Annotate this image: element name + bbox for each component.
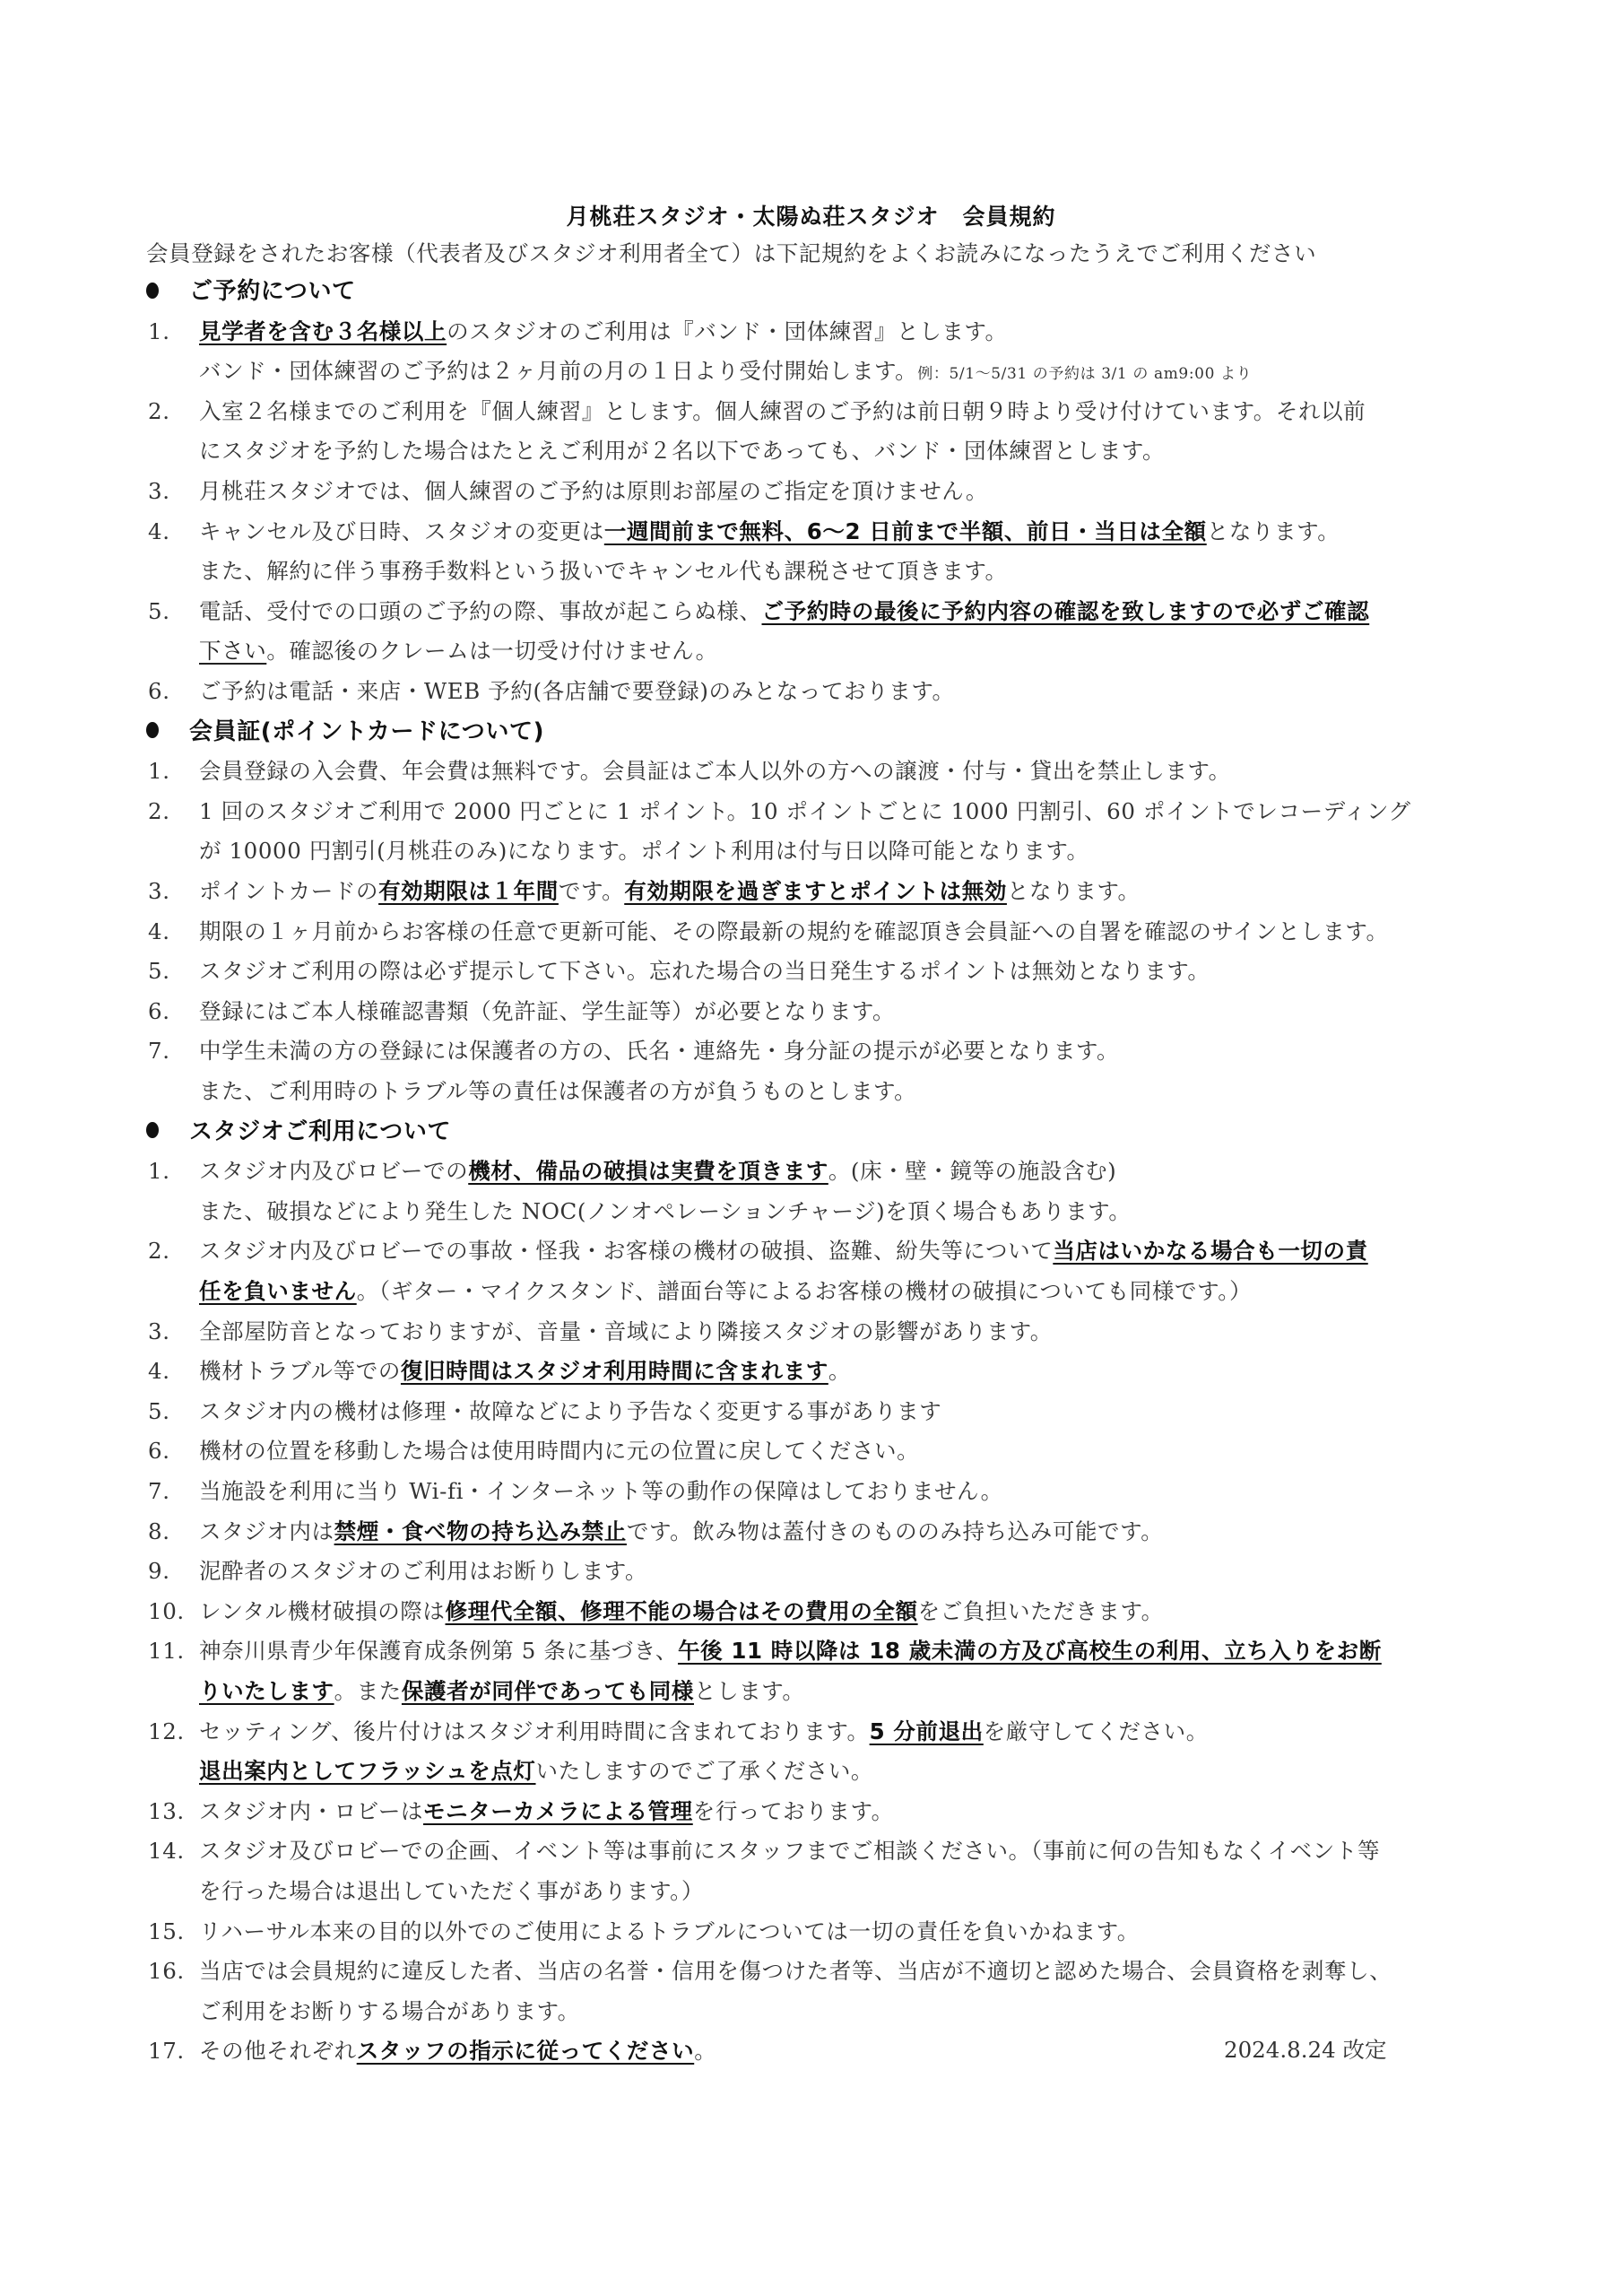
- list-item: 5.電話、受付での口頭のご予約の際、事故が起こらぬ様、ご予約時の最後に予約内容の…: [0, 594, 1622, 630]
- bullet-icon: [146, 1122, 159, 1138]
- text-segment: 。（ギター・マイクスタンド、譜面台等によるお客様の機材の破損についても同様です。…: [357, 1278, 1252, 1304]
- item-text: レンタル機材破損の際は修理代全額、修理不能の場合はその費用の全額をご負担いただき…: [199, 1594, 1164, 1630]
- item-number: 3.: [148, 874, 202, 909]
- emphasized-text: 見学者を含む３名様以上: [199, 318, 447, 344]
- list-item: 1.スタジオ内及びロビーでの機材、備品の破損は実費を頂きます。(床・壁・鏡等の施…: [0, 1153, 1622, 1189]
- item-text: にスタジオを予約した場合はたとえご利用が２名以下であっても、バンド・団体練習とし…: [199, 433, 1165, 469]
- text-segment: 神奈川県青少年保護育成条例第 5 条に基づき、: [199, 1638, 678, 1664]
- item-number: 2.: [148, 394, 202, 430]
- list-item: 14.スタジオ及びロビーでの企画、イベント等は事前にスタッフまでご相談ください。…: [0, 1833, 1622, 1869]
- item-text: 中学生未満の方の登録には保護者の方の、氏名・連絡先・身分証の提示が必要となります…: [199, 1033, 1119, 1069]
- document-title: 月桃荘スタジオ・太陽ぬ荘スタジオ 会員規約: [0, 199, 1622, 231]
- item-number: 14.: [148, 1833, 202, 1869]
- text-segment: セッティング、後片付けはスタジオ利用時間に含まれております。: [199, 1718, 870, 1744]
- list-item: 7.中学生未満の方の登録には保護者の方の、氏名・連絡先・身分証の提示が必要となり…: [0, 1033, 1622, 1069]
- item-number: 7.: [148, 1033, 202, 1069]
- text-segment: を行っております。: [693, 1798, 894, 1824]
- item-number: 7.: [148, 1474, 202, 1509]
- text-segment: にスタジオを予約した場合はたとえご利用が２名以下であっても、バンド・団体練習とし…: [199, 438, 1165, 464]
- text-segment: のスタジオのご利用は『バンド・団体練習』とします。: [447, 318, 1008, 344]
- emphasized-text: 一週間前まで無料、6～2 日前まで半額、前日・当日は全額: [604, 518, 1207, 544]
- text-segment: スタジオ内及びロビーでの: [199, 1158, 468, 1184]
- item-text: スタジオ内及びロビーでの機材、備品の破損は実費を頂きます。(床・壁・鏡等の施設含…: [199, 1153, 1116, 1189]
- item-text: 見学者を含む３名様以上のスタジオのご利用は『バンド・団体練習』とします。: [199, 314, 1008, 350]
- text-segment: 当施設を利用に当り Wi-fi・インターネット等の動作の保障はしておりません。: [199, 1478, 1003, 1504]
- text-segment: キャンセル及び日時、スタジオの変更は: [199, 518, 604, 544]
- text-segment: を厳守してください。: [984, 1718, 1209, 1744]
- text-segment: 月桃荘スタジオでは、個人練習のご予約は原則お部屋のご指定を頂けません。: [199, 478, 988, 504]
- item-number: 4.: [148, 1353, 202, 1389]
- text-segment: が 10000 円割引(月桃荘のみ)になります。ポイント利用は付与日以降可能とな…: [199, 838, 1089, 864]
- text-segment: 1 回のスタジオご利用で 2000 円ごとに 1 ポイント。10 ポイントごとに…: [199, 798, 1411, 824]
- list-item-continuation: 下さい。確認後のクレームは一切受け付けません。: [0, 633, 1622, 669]
- text-segment: 全部屋防音となっておりますが、音量・音域により隣接スタジオの影響があります。: [199, 1318, 1053, 1344]
- item-text: 全部屋防音となっておりますが、音量・音域により隣接スタジオの影響があります。: [199, 1314, 1053, 1350]
- emphasized-text: 有効期限は１年間: [378, 878, 559, 904]
- item-text: 機材トラブル等での復旧時間はスタジオ利用時間に含まれます。: [199, 1353, 851, 1389]
- text-segment: となります。: [1207, 518, 1340, 544]
- item-text: 泥酔者のスタジオのご利用はお断りします。: [199, 1553, 647, 1589]
- list-item: 10.レンタル機材破損の際は修理代全額、修理不能の場合はその費用の全額をご負担い…: [0, 1594, 1622, 1630]
- item-text: 退出案内としてフラッシュを点灯いたしますのでご了承ください。: [199, 1753, 873, 1789]
- text-segment: 機材トラブル等での: [199, 1358, 401, 1384]
- list-item: 4.期限の１ヶ月前からお客様の任意で更新可能、その際最新の規約を確認頂き会員証へ…: [0, 914, 1622, 950]
- item-text: キャンセル及び日時、スタジオの変更は一週間前まで無料、6～2 日前まで半額、前日…: [199, 514, 1340, 550]
- text-segment: 登録にはご本人様確認書類（免許証、学生証等）が必要となります。: [199, 998, 895, 1024]
- list-item-continuation: ご利用をお断りする場合があります。: [0, 1994, 1622, 2030]
- list-item: 5.スタジオ内の機材は修理・故障などにより予告なく変更する事があります: [0, 1394, 1622, 1430]
- text-segment: とします。: [694, 1678, 805, 1704]
- list-item-continuation: 任を負いません。（ギター・マイクスタンド、譜面台等によるお客様の機材の破損につい…: [0, 1274, 1622, 1309]
- list-item: 2.スタジオ内及びロビーでの事故・怪我・お客様の機材の破損、盗難、紛失等について…: [0, 1233, 1622, 1269]
- item-text: 電話、受付での口頭のご予約の際、事故が起こらぬ様、ご予約時の最後に予約内容の確認…: [199, 594, 1369, 630]
- intro-text: 会員登録をされたお客様（代表者及びスタジオ利用者全て）は下記規約をよくお読みにな…: [146, 236, 1316, 272]
- section-heading: ご予約について: [146, 274, 356, 309]
- item-text: また、解約に伴う事務手数料という扱いでキャンセル代も課税させて頂きます。: [199, 553, 1008, 589]
- emphasized-text: スタッフの指示に従ってください: [357, 2038, 695, 2064]
- item-text: を行った場合は退出していただく事があります。）: [199, 1874, 704, 1909]
- item-number: 5.: [148, 953, 202, 989]
- item-number: 16.: [148, 1953, 202, 1989]
- emphasized-text: 5 分前退出: [870, 1718, 984, 1744]
- item-number: 11.: [148, 1633, 202, 1669]
- emphasized-text: りいたします: [199, 1678, 334, 1704]
- text-segment: です。飲み物は蓋付きのもののみ持ち込み可能です。: [627, 1518, 1163, 1544]
- item-text: ご予約は電話・来店・WEB 予約(各店舗で要登録)のみとなっております。: [199, 674, 955, 709]
- list-item-continuation: を行った場合は退出していただく事があります。）: [0, 1874, 1622, 1909]
- item-text: また、破損などにより発生した NOC(ノンオペレーションチャージ)を頂く場合もあ…: [199, 1194, 1131, 1230]
- text-segment: スタジオ内及びロビーでの事故・怪我・お客様の機材の破損、盗難、紛失等について: [199, 1238, 1053, 1264]
- item-text: りいたします。また保護者が同伴であっても同様とします。: [199, 1674, 805, 1709]
- text-segment: 中学生未満の方の登録には保護者の方の、氏名・連絡先・身分証の提示が必要となります…: [199, 1038, 1119, 1064]
- text-segment: スタジオご利用の際は必ず提示して下さい。忘れた場合の当日発生するポイントは無効と…: [199, 958, 1210, 984]
- emphasized-text: 機材、備品の破損は実費を頂きます: [468, 1158, 828, 1184]
- list-item: 3.月桃荘スタジオでは、個人練習のご予約は原則お部屋のご指定を頂けません。: [0, 474, 1622, 509]
- item-text: 下さい。確認後のクレームは一切受け付けません。: [199, 633, 718, 669]
- section-heading: スタジオご利用について: [146, 1114, 451, 1150]
- item-text: その他それぞれスタッフの指示に従ってください。: [199, 2033, 716, 2069]
- list-item: 3.ポイントカードの有効期限は１年間です。有効期限を過ぎますとポイントは無効とな…: [0, 874, 1622, 909]
- list-item: 3.全部屋防音となっておりますが、音量・音域により隣接スタジオの影響があります。: [0, 1314, 1622, 1350]
- text-segment: 機材の位置を移動した場合は使用時間内に元の位置に戻してください。: [199, 1438, 919, 1464]
- text-segment: 会員登録の入会費、年会費は無料です。会員証はご本人以外の方への譲渡・付与・貸出を…: [199, 758, 1231, 784]
- list-item: 6.ご予約は電話・来店・WEB 予約(各店舗で要登録)のみとなっております。: [0, 674, 1622, 709]
- text-segment: リハーサル本来の目的以外でのご使用によるトラブルについては一切の責任を負いかねま…: [199, 1918, 1140, 1944]
- emphasized-text: 復旧時間はスタジオ利用時間に含まれます: [401, 1358, 828, 1384]
- item-text: スタジオ内の機材は修理・故障などにより予告なく変更する事があります: [199, 1394, 941, 1430]
- item-text: 入室２名様までのご利用を『個人練習』とします。個人練習のご予約は前日朝９時より受…: [199, 394, 1366, 430]
- list-item: 1.見学者を含む３名様以上のスタジオのご利用は『バンド・団体練習』とします。: [0, 314, 1622, 350]
- section-heading-text: 会員証(ポイントカードについて): [189, 718, 544, 745]
- list-item: 11.神奈川県青少年保護育成条例第 5 条に基づき、午後 11 時以降は 18 …: [0, 1633, 1622, 1669]
- emphasized-text: モニターカメラによる管理: [423, 1798, 693, 1824]
- item-text: 月桃荘スタジオでは、個人練習のご予約は原則お部屋のご指定を頂けません。: [199, 474, 988, 509]
- item-text: 神奈川県青少年保護育成条例第 5 条に基づき、午後 11 時以降は 18 歳未満…: [199, 1633, 1382, 1669]
- item-number: 1.: [148, 314, 202, 350]
- list-item-continuation: また、破損などにより発生した NOC(ノンオペレーションチャージ)を頂く場合もあ…: [0, 1194, 1622, 1230]
- text-segment: 期限の１ヶ月前からお客様の任意で更新可能、その際最新の規約を確認頂き会員証への自…: [199, 918, 1389, 944]
- list-item: 16.当店では会員規約に違反した者、当店の名誉・信用を傷つけた者等、当店が不適切…: [0, 1953, 1622, 1989]
- item-number: 5.: [148, 594, 202, 630]
- text-segment: を行った場合は退出していただく事があります。）: [199, 1878, 704, 1904]
- list-item-continuation: りいたします。また保護者が同伴であっても同様とします。: [0, 1674, 1622, 1709]
- text-segment: 下さい: [199, 638, 266, 664]
- list-item: 4.キャンセル及び日時、スタジオの変更は一週間前まで無料、6～2 日前まで半額、…: [0, 514, 1622, 550]
- item-text: スタジオ及びロビーでの企画、イベント等は事前にスタッフまでご相談ください。（事前…: [199, 1833, 1380, 1869]
- text-segment: また、破損などにより発生した NOC(ノンオペレーションチャージ)を頂く場合もあ…: [199, 1198, 1131, 1224]
- list-item: 8.スタジオ内は禁煙・食べ物の持ち込み禁止です。飲み物は蓋付きのもののみ持ち込み…: [0, 1514, 1622, 1550]
- item-number: 3.: [148, 474, 202, 509]
- list-item-continuation: また、解約に伴う事務手数料という扱いでキャンセル代も課税させて頂きます。: [0, 553, 1622, 589]
- list-item: 6.登録にはご本人様確認書類（免許証、学生証等）が必要となります。: [0, 994, 1622, 1030]
- text-segment: ご予約は電話・来店・WEB 予約(各店舗で要登録)のみとなっております。: [199, 678, 955, 704]
- item-text: ご利用をお断りする場合があります。: [199, 1994, 580, 2030]
- item-number: 1.: [148, 753, 202, 789]
- list-item: 4.機材トラブル等での復旧時間はスタジオ利用時間に含まれます。: [0, 1353, 1622, 1389]
- item-text: 機材の位置を移動した場合は使用時間内に元の位置に戻してください。: [199, 1433, 919, 1469]
- item-number: 15.: [148, 1914, 202, 1950]
- item-text: 任を負いません。（ギター・マイクスタンド、譜面台等によるお客様の機材の破損につい…: [199, 1274, 1252, 1309]
- emphasized-text: 禁煙・食べ物の持ち込み禁止: [334, 1518, 627, 1544]
- section-heading-text: スタジオご利用について: [189, 1118, 451, 1145]
- terms-document: 月桃荘スタジオ・太陽ぬ荘スタジオ 会員規約 会員登録をされたお客様（代表者及びス…: [0, 0, 1622, 2296]
- text-segment: ご利用をお断りする場合があります。: [199, 1998, 580, 2024]
- item-number: 4.: [148, 914, 202, 950]
- list-item: 5.スタジオご利用の際は必ず提示して下さい。忘れた場合の当日発生するポイントは無…: [0, 953, 1622, 989]
- text-segment: 当店では会員規約に違反した者、当店の名誉・信用を傷つけた者等、当店が不適切と認め…: [199, 1958, 1392, 1984]
- text-segment: 電話、受付での口頭のご予約の際、事故が起こらぬ様、: [199, 598, 762, 624]
- item-text: 会員登録の入会費、年会費は無料です。会員証はご本人以外の方への譲渡・付与・貸出を…: [199, 753, 1231, 789]
- section-heading-text: ご予約について: [189, 278, 356, 305]
- text-segment: 入室２名様までのご利用を『個人練習』とします。個人練習のご予約は前日朝９時より受…: [199, 398, 1366, 424]
- emphasized-text: 任を負いません: [199, 1278, 357, 1304]
- text-segment: いたしますのでご了承ください。: [536, 1758, 874, 1784]
- item-text: リハーサル本来の目的以外でのご使用によるトラブルについては一切の責任を負いかねま…: [199, 1914, 1140, 1950]
- item-text: が 10000 円割引(月桃荘のみ)になります。ポイント利用は付与日以降可能とな…: [199, 833, 1089, 869]
- item-text: 当店では会員規約に違反した者、当店の名誉・信用を傷つけた者等、当店が不適切と認め…: [199, 1953, 1392, 1989]
- emphasized-text: 当店はいかなる場合も一切の責: [1053, 1238, 1367, 1264]
- item-text: 1 回のスタジオご利用で 2000 円ごとに 1 ポイント。10 ポイントごとに…: [199, 794, 1411, 830]
- list-item-continuation: また、ご利用時のトラブル等の責任は保護者の方が負うものとします。: [0, 1074, 1622, 1109]
- list-item: 15.リハーサル本来の目的以外でのご使用によるトラブルについては一切の責任を負い…: [0, 1914, 1622, 1950]
- item-text: スタジオ内及びロビーでの事故・怪我・お客様の機材の破損、盗難、紛失等について当店…: [199, 1233, 1368, 1269]
- text-segment: 例：5/1～5/31 の予約は 3/1 の am9:00 より: [917, 365, 1252, 383]
- item-number: 6.: [148, 994, 202, 1030]
- section-heading: 会員証(ポイントカードについて): [146, 714, 544, 750]
- list-item: 2.1 回のスタジオご利用で 2000 円ごとに 1 ポイント。10 ポイントご…: [0, 794, 1622, 830]
- text-segment: ポイントカードの: [199, 878, 378, 904]
- item-number: 4.: [148, 514, 202, 550]
- text-segment: レンタル機材破損の際は: [199, 1598, 446, 1624]
- list-item: 1.会員登録の入会費、年会費は無料です。会員証はご本人以外の方への譲渡・付与・貸…: [0, 753, 1622, 789]
- list-item-continuation: バンド・団体練習のご予約は２ヶ月前の月の１日より受付開始します。例：5/1～5/…: [0, 353, 1622, 389]
- item-number: 5.: [148, 1394, 202, 1430]
- emphasized-text: 午後 11 時以降は 18 歳未満の方及び高校生の利用、立ち入りをお断: [678, 1638, 1382, 1664]
- emphasized-text: 退出案内としてフラッシュを点灯: [199, 1758, 536, 1784]
- item-text: スタジオご利用の際は必ず提示して下さい。忘れた場合の当日発生するポイントは無効と…: [199, 953, 1210, 989]
- bullet-icon: [146, 722, 159, 738]
- revision-date: 2024.8.24 改定: [1224, 2032, 1386, 2068]
- list-item: 12.セッティング、後片付けはスタジオ利用時間に含まれております。5 分前退出を…: [0, 1714, 1622, 1750]
- text-segment: 。: [828, 1358, 851, 1384]
- text-segment: スタジオ内・ロビーは: [199, 1798, 423, 1824]
- item-number: 6.: [148, 674, 202, 709]
- list-item: 9.泥酔者のスタジオのご利用はお断りします。: [0, 1553, 1622, 1589]
- item-text: ポイントカードの有効期限は１年間です。有効期限を過ぎますとポイントは無効となりま…: [199, 874, 1141, 909]
- text-segment: スタジオ内の機材は修理・故障などにより予告なく変更する事があります: [199, 1398, 941, 1424]
- item-number: 6.: [148, 1433, 202, 1469]
- list-item: 7.当施設を利用に当り Wi-fi・インターネット等の動作の保障はしておりません…: [0, 1474, 1622, 1509]
- text-segment: スタジオ内は: [199, 1518, 334, 1544]
- item-number: 1.: [148, 1153, 202, 1189]
- text-segment: バンド・団体練習のご予約は２ヶ月前の月の１日より受付開始します。: [199, 358, 917, 384]
- text-segment: をご負担いただきます。: [918, 1598, 1164, 1624]
- bullet-icon: [146, 283, 159, 299]
- text-segment: となります。: [1007, 878, 1141, 904]
- item-number: 12.: [148, 1714, 202, 1750]
- text-segment: 泥酔者のスタジオのご利用はお断りします。: [199, 1558, 647, 1584]
- item-number: 17.: [148, 2033, 202, 2069]
- list-item-continuation: にスタジオを予約した場合はたとえご利用が２名以下であっても、バンド・団体練習とし…: [0, 433, 1622, 469]
- emphasized-text: 有効期限を過ぎますとポイントは無効: [624, 878, 1007, 904]
- list-item-continuation: 退出案内としてフラッシュを点灯いたしますのでご了承ください。: [0, 1753, 1622, 1789]
- item-text: 期限の１ヶ月前からお客様の任意で更新可能、その際最新の規約を確認頂き会員証への自…: [199, 914, 1389, 950]
- item-text: 当施設を利用に当り Wi-fi・インターネット等の動作の保障はしておりません。: [199, 1474, 1003, 1509]
- text-segment: です。: [559, 878, 624, 904]
- text-segment: 。: [694, 2038, 716, 2064]
- text-segment: 。確認後のクレームは一切受け付けません。: [266, 638, 717, 664]
- item-text: スタジオ内・ロビーはモニターカメラによる管理を行っております。: [199, 1794, 894, 1830]
- item-number: 2.: [148, 794, 202, 830]
- text-segment: また、ご利用時のトラブル等の責任は保護者の方が負うものとします。: [199, 1078, 916, 1104]
- list-item: 2.入室２名様までのご利用を『個人練習』とします。個人練習のご予約は前日朝９時よ…: [0, 394, 1622, 430]
- item-number: 10.: [148, 1594, 202, 1630]
- list-item: 6.機材の位置を移動した場合は使用時間内に元の位置に戻してください。: [0, 1433, 1622, 1469]
- text-segment: 。また: [334, 1678, 402, 1704]
- item-text: バンド・団体練習のご予約は２ヶ月前の月の１日より受付開始します。例：5/1～5/…: [199, 353, 1252, 392]
- emphasized-text: 修理代全額、修理不能の場合はその費用の全額: [446, 1598, 918, 1624]
- emphasized-text: 保護者が同伴であっても同様: [402, 1678, 694, 1704]
- item-text: 登録にはご本人様確認書類（免許証、学生証等）が必要となります。: [199, 994, 895, 1030]
- item-number: 9.: [148, 1553, 202, 1589]
- text-segment: スタジオ及びロビーでの企画、イベント等は事前にスタッフまでご相談ください。（事前…: [199, 1838, 1380, 1864]
- list-item-continuation: が 10000 円割引(月桃荘のみ)になります。ポイント利用は付与日以降可能とな…: [0, 833, 1622, 869]
- item-number: 3.: [148, 1314, 202, 1350]
- text-segment: その他それぞれ: [199, 2038, 357, 2064]
- emphasized-text: ご予約時の最後に予約内容の確認を致しますので必ずご確認: [762, 598, 1370, 624]
- item-number: 13.: [148, 1794, 202, 1830]
- list-item: 13.スタジオ内・ロビーはモニターカメラによる管理を行っております。: [0, 1794, 1622, 1830]
- item-number: 8.: [148, 1514, 202, 1550]
- item-number: 2.: [148, 1233, 202, 1269]
- item-text: セッティング、後片付けはスタジオ利用時間に含まれております。5 分前退出を厳守し…: [199, 1714, 1209, 1750]
- item-text: また、ご利用時のトラブル等の責任は保護者の方が負うものとします。: [199, 1074, 916, 1109]
- text-segment: 。(床・壁・鏡等の施設含む): [828, 1158, 1117, 1184]
- item-text: スタジオ内は禁煙・食べ物の持ち込み禁止です。飲み物は蓋付きのもののみ持ち込み可能…: [199, 1514, 1163, 1550]
- text-segment: また、解約に伴う事務手数料という扱いでキャンセル代も課税させて頂きます。: [199, 558, 1008, 584]
